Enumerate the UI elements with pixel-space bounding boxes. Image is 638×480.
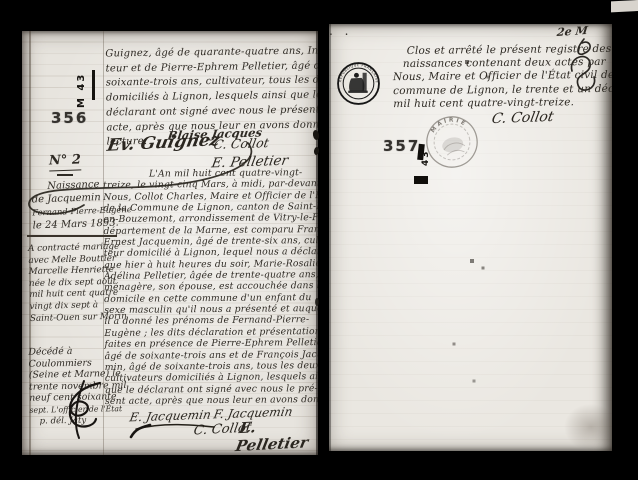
mairie-round-stamp: MAIRIE xyxy=(417,107,487,177)
paper-specks xyxy=(329,24,331,26)
birth-act-text: L'An mil huit cent quatre-vingt-treize, … xyxy=(103,167,318,407)
page-number-356: 356 xyxy=(51,109,88,127)
gutter-ink-blot xyxy=(315,298,319,306)
handwritten-line: p. dél. Jaty xyxy=(40,415,110,428)
film-frame-stamp-bar xyxy=(92,70,95,100)
gutter-ink-blot xyxy=(313,147,319,156)
film-frame-number-stamp: M 43 xyxy=(76,64,87,108)
scan-smudge xyxy=(555,396,612,451)
signature-jacquemin-declarant: E. Jacquemin xyxy=(128,408,212,425)
adjacent-frame-corner xyxy=(611,0,638,12)
closing-signature-collot: C. Collot xyxy=(490,109,555,127)
act-number-underline xyxy=(57,174,73,176)
scanned-register-photo: M 43 356 N° 2 Naissancede JacqueminFerna… xyxy=(0,0,638,480)
act-number: N° 2 xyxy=(49,152,82,171)
stamp-ink-block xyxy=(414,176,428,184)
signature-collot: C. Collot xyxy=(212,135,270,152)
signature-check-stroke xyxy=(128,423,152,439)
margin-death-note: Décédé àCoulommiers(Seine et Marne) letr… xyxy=(28,345,109,428)
register-left-page: M 43 356 N° 2 Naissancede JacqueminFerna… xyxy=(22,31,318,455)
signature-pelletier-witness: E. Pelletier xyxy=(234,415,318,455)
margin-marriage-note: A contracté mariageavec Melle BouttierMa… xyxy=(28,242,108,325)
register-closing-statement: Clos et arrêté le présent registre desna… xyxy=(393,43,608,111)
register-right-page: RÉPUBLIQUE FRANÇAISE 2e M Clos et arrêté… xyxy=(329,24,612,451)
corner-annotation: 2e M xyxy=(556,24,588,39)
handwritten-line: commune de Lignon, le trente et un décem… xyxy=(393,82,607,97)
handwritten-line: sept. L'officier de l'État xyxy=(29,403,109,416)
republique-francaise-seal-stamp: RÉPUBLIQUE FRANÇAISE xyxy=(336,61,381,106)
page-number-357: 357 xyxy=(383,137,420,155)
handwritten-line: Saint-Ouen sur Morin xyxy=(30,312,108,326)
handwritten-line: mil huit cent quatre-vingt-treize. xyxy=(393,96,607,111)
